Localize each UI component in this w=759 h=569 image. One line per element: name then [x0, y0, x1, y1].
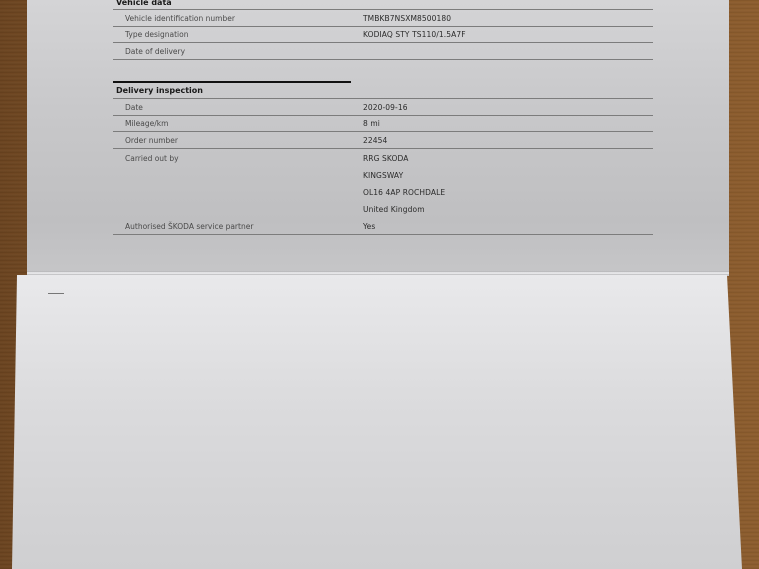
row-label: Vehicle identification number	[125, 14, 235, 23]
address-line: KINGSWAY	[363, 167, 445, 184]
fold-mark	[48, 293, 64, 294]
row-label: Authorised ŠKODA service partner	[125, 222, 253, 231]
address-line: OL16 4AP ROCHDALE	[363, 184, 445, 201]
vehicle-data-row-delivery-date: Date of delivery	[113, 43, 653, 60]
row-value: 8 mi	[363, 119, 380, 128]
paper-lower-half	[12, 275, 748, 569]
row-value: KODIAQ STY TS110/1.5A7F	[363, 30, 466, 39]
vehicle-data-heading: Vehicle data	[113, 0, 172, 8]
row-label: Mileage/km	[125, 119, 168, 128]
row-value: 22454	[363, 136, 387, 145]
paper-fold-crease	[27, 271, 729, 275]
inspection-row-mileage: Mileage/km 8 mi	[113, 115, 653, 132]
address-block: RRG SKODA KINGSWAY OL16 4AP ROCHDALE Uni…	[363, 150, 445, 218]
vehicle-data-row-vin: Vehicle identification number TMBKB7NSXM…	[113, 9, 653, 27]
section-divider	[113, 81, 351, 83]
row-label: Carried out by	[125, 154, 179, 163]
inspection-row-authorised-partner: Authorised ŠKODA service partner Yes	[113, 218, 653, 235]
row-label: Date of delivery	[125, 47, 185, 56]
address-line: United Kingdom	[363, 201, 445, 218]
row-label: Type designation	[125, 30, 188, 39]
row-value: Yes	[363, 222, 375, 231]
inspection-row-order-number: Order number 22454	[113, 132, 653, 149]
address-line: RRG SKODA	[363, 150, 445, 167]
vehicle-data-row-type: Type designation KODIAQ STY TS110/1.5A7F	[113, 26, 653, 43]
inspection-row-date: Date 2020-09-16	[113, 98, 653, 116]
row-value: TMBKB7NSXM8500180	[363, 14, 451, 23]
row-label: Date	[125, 103, 143, 112]
delivery-inspection-heading: Delivery inspection	[113, 86, 203, 96]
inspection-row-carried-out-by: Carried out by RRG SKODA KINGSWAY OL16 4…	[113, 150, 653, 218]
row-value: 2020-09-16	[363, 103, 408, 112]
row-label: Order number	[125, 136, 178, 145]
